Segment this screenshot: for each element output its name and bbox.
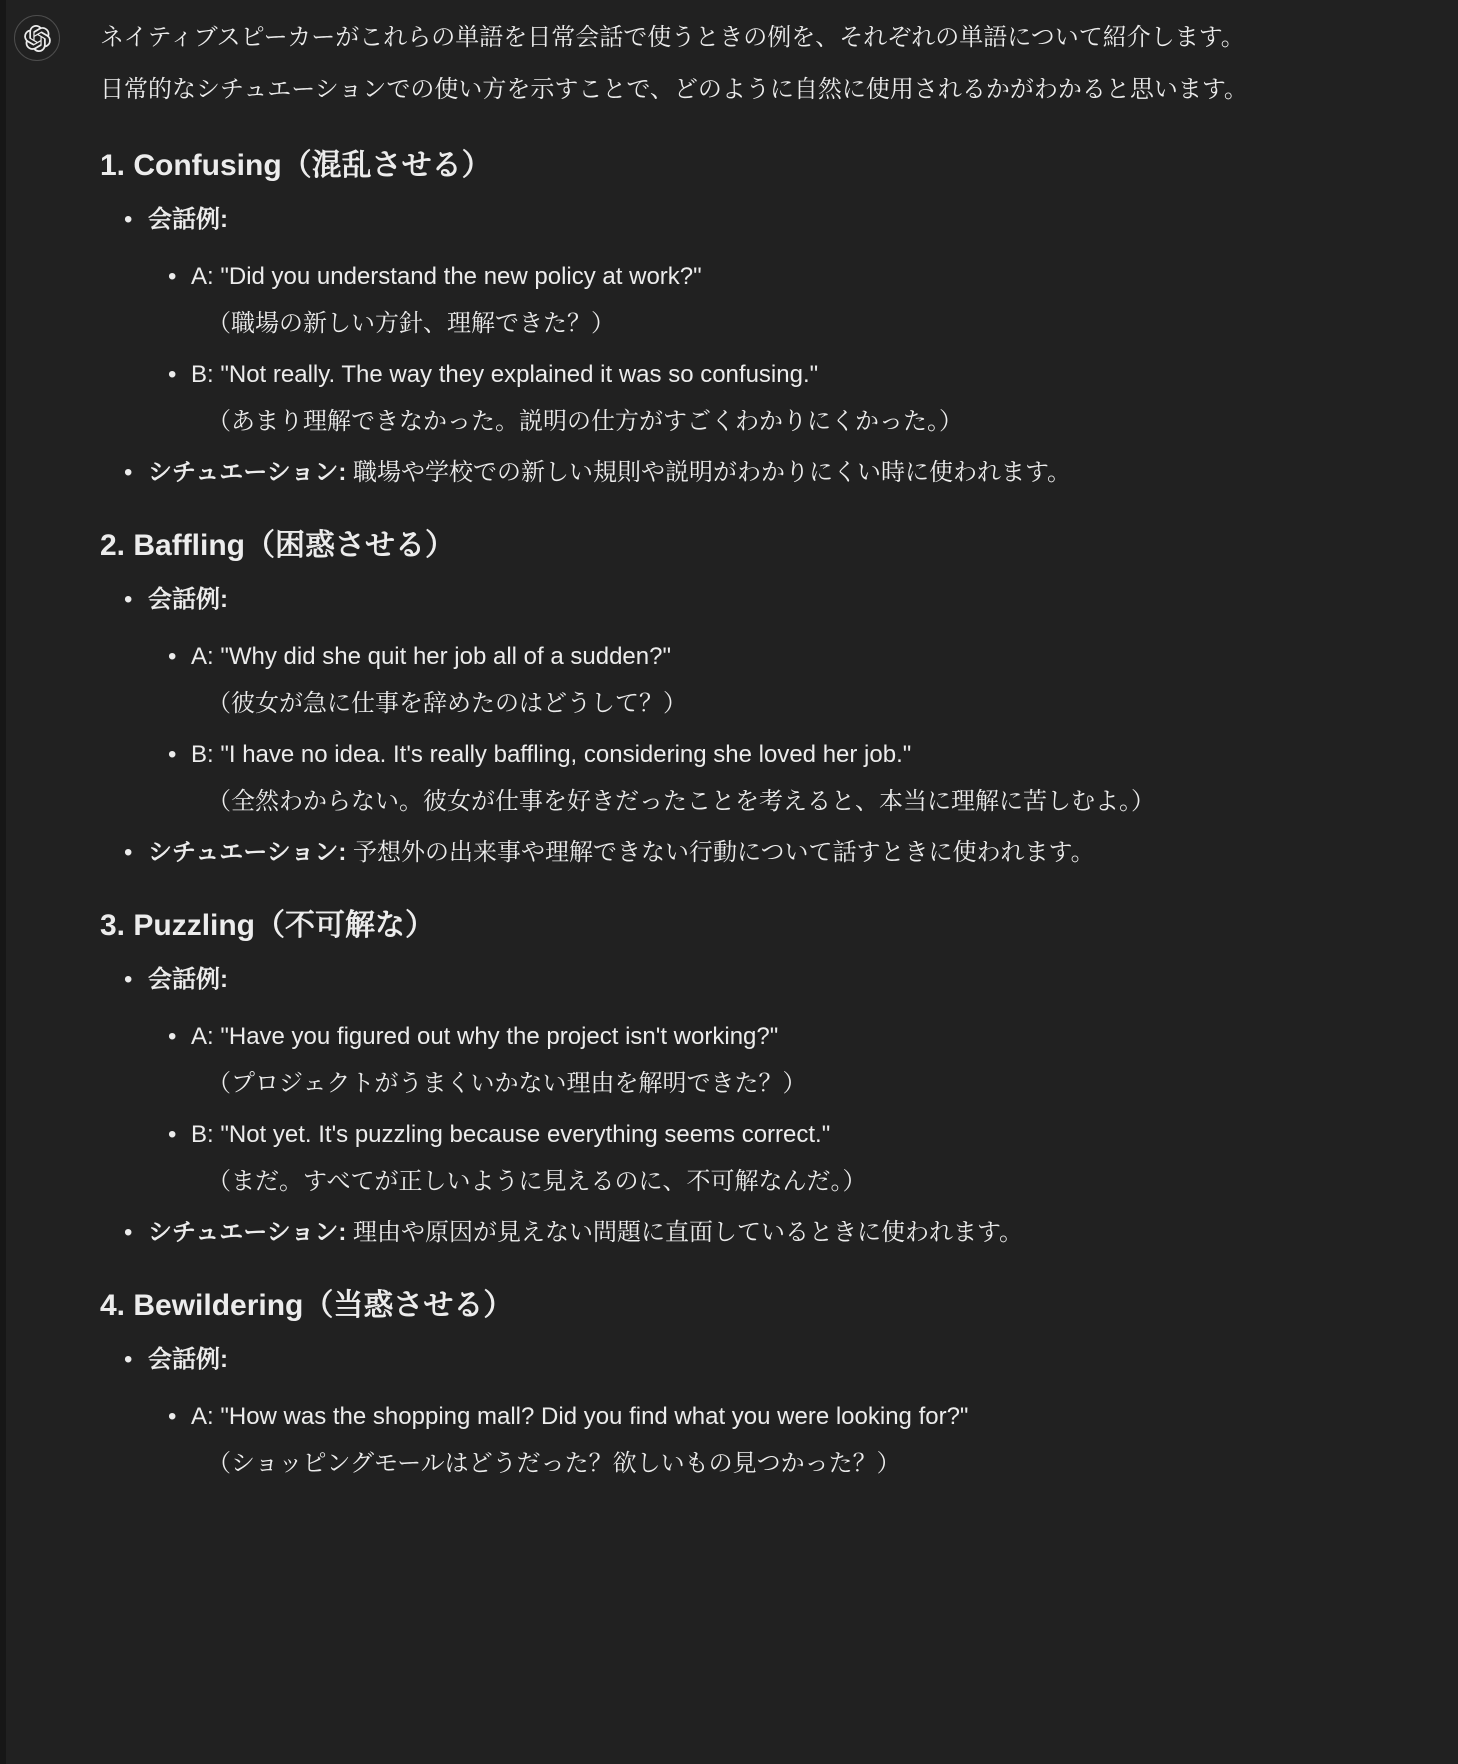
- situation-label: シチュエーション:: [148, 459, 346, 486]
- dialog-quote: B: "Not yet. It's puzzling because every…: [191, 1111, 1350, 1158]
- section-list: 会話例: A: "Did you understand the new poli…: [100, 196, 1350, 496]
- situation-text: 予想外の出来事や理解できない行動について話すときに使われます。: [353, 839, 1095, 866]
- example-label: 会話例:: [148, 586, 228, 613]
- dialog-quote: B: "I have no idea. It's really baffling…: [191, 731, 1350, 778]
- intro-line: ネイティブスピーカーがこれらの単語を日常会話で使うときの例を、それぞれの単語につ…: [100, 12, 1350, 64]
- dialog-translation: （プロジェクトがうまくいかない理由を解明できた？）: [207, 1060, 1350, 1107]
- example-label: 会話例:: [148, 966, 228, 993]
- dialog-translation: （あまり理解できなかった。説明の仕方がすごくわかりにくかった。）: [207, 398, 1350, 445]
- example-item: 会話例: A: "Did you understand the new poli…: [100, 196, 1350, 445]
- situation-item: シチュエーション: 職場や学校での新しい規則や説明がわかりにくい時に使われます。: [100, 449, 1350, 496]
- dialog-translation: （全然わからない。彼女が仕事を好きだったことを考えると、本当に理解に苦しむよ。）: [207, 778, 1350, 825]
- situation-label: シチュエーション:: [148, 1219, 346, 1246]
- section-heading-bewildering: 4. Bewildering（当惑させる）: [100, 1282, 1350, 1330]
- dialog-item-a: A: "How was the shopping mall? Did you f…: [148, 1393, 1350, 1487]
- dialog-item-b: B: "Not really. The way they explained i…: [148, 351, 1350, 445]
- dialog-translation: （ショッピングモールはどうだった？欲しいもの見つかった？）: [207, 1440, 1350, 1487]
- dialog-item-a: A: "Have you figured out why the project…: [148, 1013, 1350, 1107]
- situation-item: シチュエーション: 予想外の出来事や理解できない行動について話すときに使われます…: [100, 829, 1350, 876]
- section-heading-baffling: 2. Baffling（困惑させる）: [100, 522, 1350, 570]
- dialog-quote: A: "How was the shopping mall? Did you f…: [191, 1393, 1350, 1440]
- dialog-quote: B: "Not really. The way they explained i…: [191, 351, 1350, 398]
- intro-line: 日常的なシチュエーションでの使い方を示すことで、どのように自然に使用されるかがわ…: [100, 64, 1350, 116]
- situation-item: シチュエーション: 理由や原因が見えない問題に直面しているときに使われます。: [100, 1209, 1350, 1256]
- dialog-translation: （まだ。すべてが正しいように見えるのに、不可解なんだ。）: [207, 1158, 1350, 1205]
- dialog-list: A: "Did you understand the new policy at…: [148, 253, 1350, 445]
- intro-paragraph: ネイティブスピーカーがこれらの単語を日常会話で使うときの例を、それぞれの単語につ…: [100, 12, 1350, 116]
- dialog-list: A: "How was the shopping mall? Did you f…: [148, 1393, 1350, 1487]
- dialog-list: A: "Have you figured out why the project…: [148, 1013, 1350, 1205]
- section-list: 会話例: A: "Why did she quit her job all of…: [100, 576, 1350, 876]
- dialog-translation: （彼女が急に仕事を辞めたのはどうして？）: [207, 680, 1350, 727]
- assistant-message-content: ネイティブスピーカーがこれらの単語を日常会話で使うときの例を、それぞれの単語につ…: [100, 12, 1350, 1491]
- dialog-item-b: B: "Not yet. It's puzzling because every…: [148, 1111, 1350, 1205]
- openai-logo-icon: [24, 25, 51, 52]
- section-heading-puzzling: 3. Puzzling（不可解な）: [100, 902, 1350, 950]
- example-item: 会話例: A: "How was the shopping mall? Did …: [100, 1336, 1350, 1487]
- section-list: 会話例: A: "Have you figured out why the pr…: [100, 956, 1350, 1256]
- dialog-list: A: "Why did she quit her job all of a su…: [148, 633, 1350, 825]
- situation-text: 理由や原因が見えない問題に直面しているときに使われます。: [353, 1219, 1023, 1246]
- assistant-avatar: [14, 15, 60, 61]
- dialog-translation: （職場の新しい方針、理解できた？）: [207, 300, 1350, 347]
- dialog-item-a: A: "Did you understand the new policy at…: [148, 253, 1350, 347]
- dialog-quote: A: "Did you understand the new policy at…: [191, 253, 1350, 300]
- window-left-edge: [0, 0, 6, 1764]
- situation-label: シチュエーション:: [148, 839, 346, 866]
- situation-text: 職場や学校での新しい規則や説明がわかりにくい時に使われます。: [353, 459, 1071, 486]
- dialog-quote: A: "Have you figured out why the project…: [191, 1013, 1350, 1060]
- dialog-item-a: A: "Why did she quit her job all of a su…: [148, 633, 1350, 727]
- dialog-item-b: B: "I have no idea. It's really baffling…: [148, 731, 1350, 825]
- example-item: 会話例: A: "Have you figured out why the pr…: [100, 956, 1350, 1205]
- example-label: 会話例:: [148, 206, 228, 233]
- assistant-message: ネイティブスピーカーがこれらの単語を日常会話で使うときの例を、それぞれの単語につ…: [0, 0, 1458, 1491]
- dialog-quote: A: "Why did she quit her job all of a su…: [191, 633, 1350, 680]
- example-label: 会話例:: [148, 1346, 228, 1373]
- section-list: 会話例: A: "How was the shopping mall? Did …: [100, 1336, 1350, 1487]
- example-item: 会話例: A: "Why did she quit her job all of…: [100, 576, 1350, 825]
- section-heading-confusing: 1. Confusing（混乱させる）: [100, 142, 1350, 190]
